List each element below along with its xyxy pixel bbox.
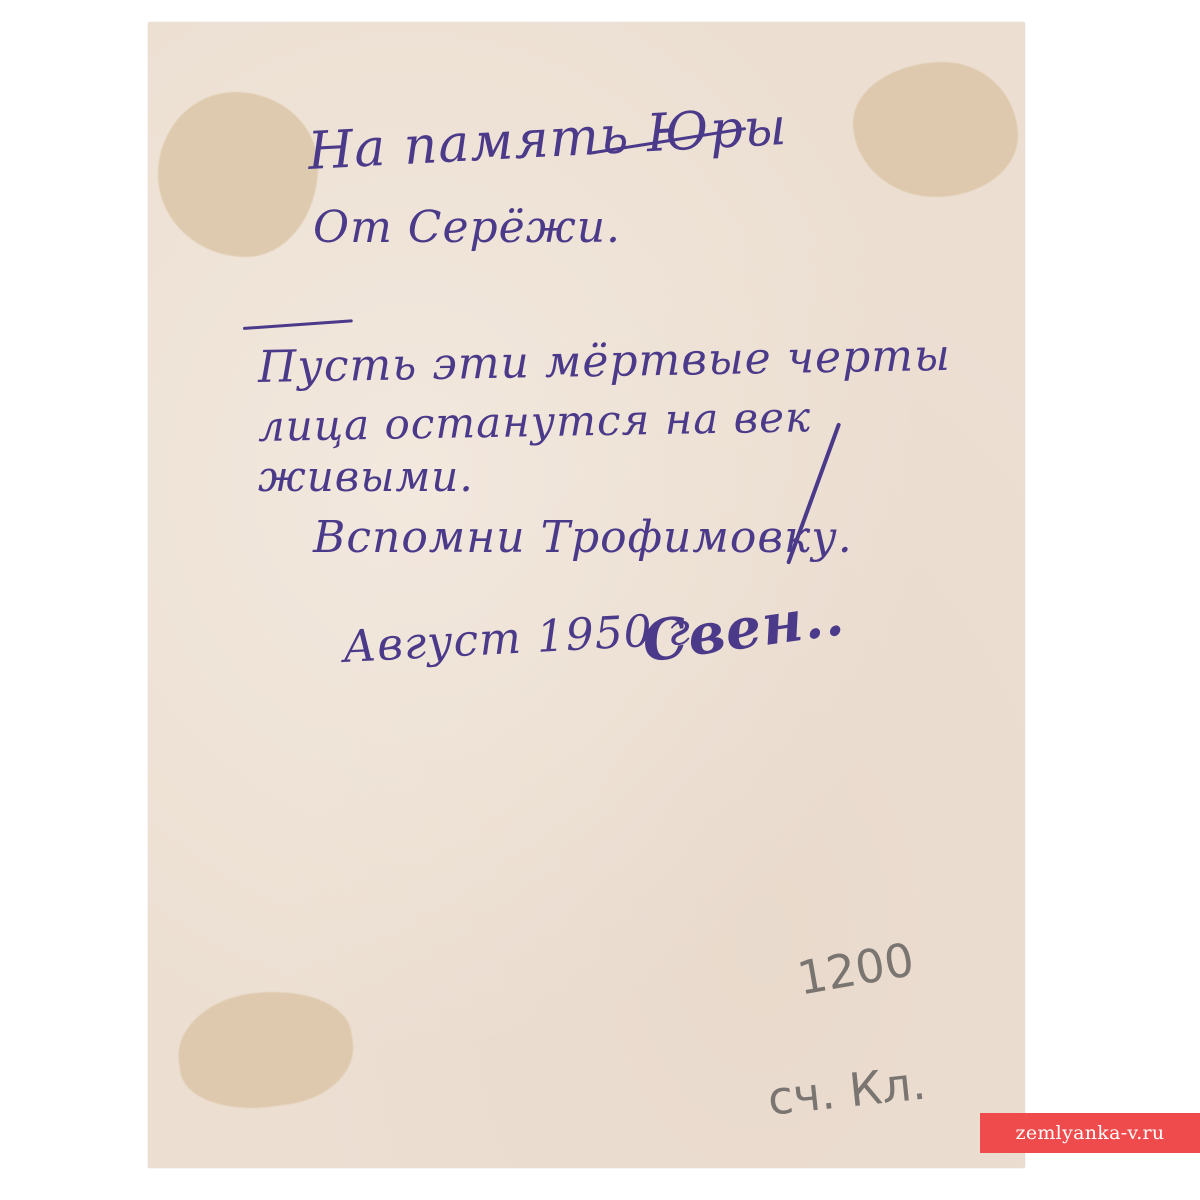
pen-flourish xyxy=(243,319,353,330)
site-watermark: zemlyanka-v.ru xyxy=(980,1113,1200,1153)
handwriting-line: Пусть эти мёртвые черты xyxy=(258,330,952,393)
handwriting-line: Вспомни Трофимовку. xyxy=(313,512,853,563)
glue-stain-top-right xyxy=(853,62,1018,197)
pencil-note: сч. Кл. xyxy=(765,1056,928,1126)
glue-stain-bottom-left xyxy=(171,980,360,1118)
glue-stain-top-left xyxy=(158,92,318,257)
handwriting-line: живыми. xyxy=(258,452,474,501)
handwriting-line: На память Юры xyxy=(306,97,788,182)
pencil-price-note: 1200 xyxy=(793,932,918,1006)
handwriting-line: От Серёжи. xyxy=(313,202,621,253)
signature: Свен.. xyxy=(638,582,848,676)
handwriting-line: лица останутся на век xyxy=(258,392,812,451)
photo-back-paper: На память Юры От Серёжи. Пусть эти мёртв… xyxy=(148,22,1025,1168)
